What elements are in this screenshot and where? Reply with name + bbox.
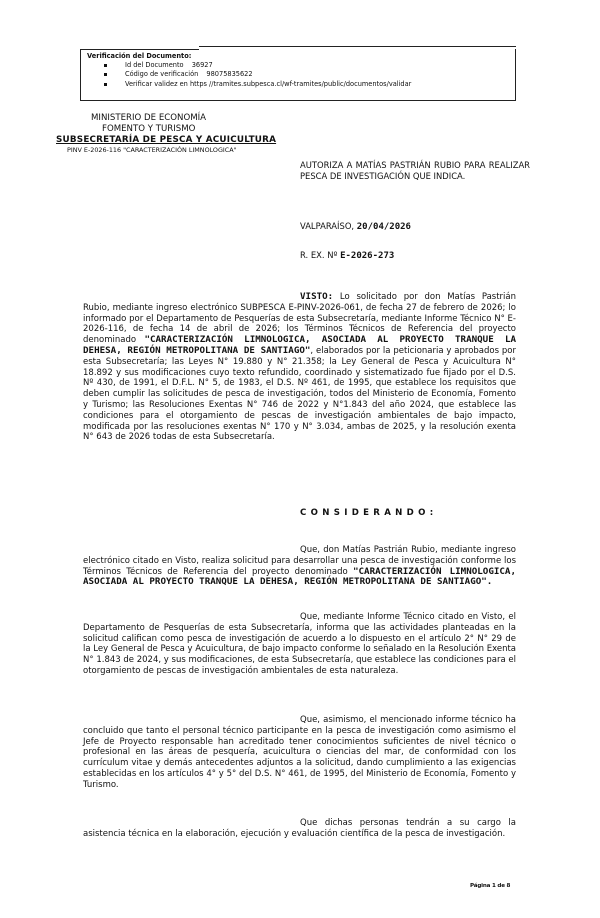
visto-paragraph: VISTO: Lo solicitado por don Matías Past… <box>83 292 516 443</box>
date-place: VALPARAÍSO, <box>300 221 354 231</box>
resolution-prefix: R. EX. Nº <box>300 250 337 260</box>
project-reference: PINV E-2026-116 "CARACTERIZACIÓN LIMNOLO… <box>67 146 300 155</box>
paragraph-text: Que, asimismo, el mencionado informe téc… <box>83 715 516 790</box>
verification-label: Id del Documento <box>125 61 184 69</box>
date-value: 20/04/2026 <box>357 222 411 232</box>
resolution-code: E-2026-273 <box>340 251 394 261</box>
ministry-name-line2: FOMENTO Y TURISMO <box>80 124 300 135</box>
verification-item-document-id: Id del Documento 36927 <box>125 61 509 70</box>
verification-code-value: 98075835622 <box>206 70 252 78</box>
considerando-paragraph-2: Que, mediante Informe Técnico citado en … <box>83 612 516 677</box>
ministry-header: MINISTERIO DE ECONOMÍA FOMENTO Y TURISMO… <box>80 113 300 155</box>
visto-text-continued: , elaborados por la peticionaria y aprob… <box>83 346 516 442</box>
document-id-value: 36927 <box>192 61 213 69</box>
verification-item-url: Verificar validez en https //tramites.su… <box>125 80 509 89</box>
considerando-heading: CONSIDERANDO: <box>300 508 437 518</box>
paragraph-text: Que dichas personas tendrán a su cargo l… <box>83 818 516 839</box>
verification-label: Verificar validez en <box>125 80 188 88</box>
verification-list: Id del Documento 36927 Código de verific… <box>87 61 509 89</box>
verification-title: Verificación del Documento: <box>87 52 509 61</box>
document-date: VALPARAÍSO, 20/04/2026 <box>300 221 411 232</box>
considerando-paragraph-3: Que, asimismo, el mencionado informe téc… <box>83 715 516 791</box>
verification-url-link[interactable]: https //tramites.subpesca.cl/wf-tramites… <box>190 80 411 88</box>
visto-heading: VISTO: <box>300 291 333 302</box>
considerando-paragraph-1: Que, don Matías Pastrián Rubio, mediante… <box>83 545 516 588</box>
verification-item-code: Código de verificación 98075835622 <box>125 70 509 79</box>
page-number: Página 1 de 8 <box>470 883 510 889</box>
subsecretaria-name: SUBSECRETARÍA DE PESCA Y ACUICULTURA <box>56 135 300 146</box>
verification-label: Código de verificación <box>125 70 198 78</box>
verification-box: Verificación del Documento: Id del Docum… <box>80 49 516 101</box>
document-subject: AUTORIZA A MATÍAS PASTRIÁN RUBIO PARA RE… <box>300 160 530 183</box>
considerando-paragraph-4: Que dichas personas tendrán a su cargo l… <box>83 818 516 840</box>
resolution-number: R. EX. Nº E-2026-273 <box>300 250 394 261</box>
paragraph-text: Que, mediante Informe Técnico citado en … <box>83 612 516 676</box>
ministry-name: MINISTERIO DE ECONOMÍA <box>80 113 300 124</box>
